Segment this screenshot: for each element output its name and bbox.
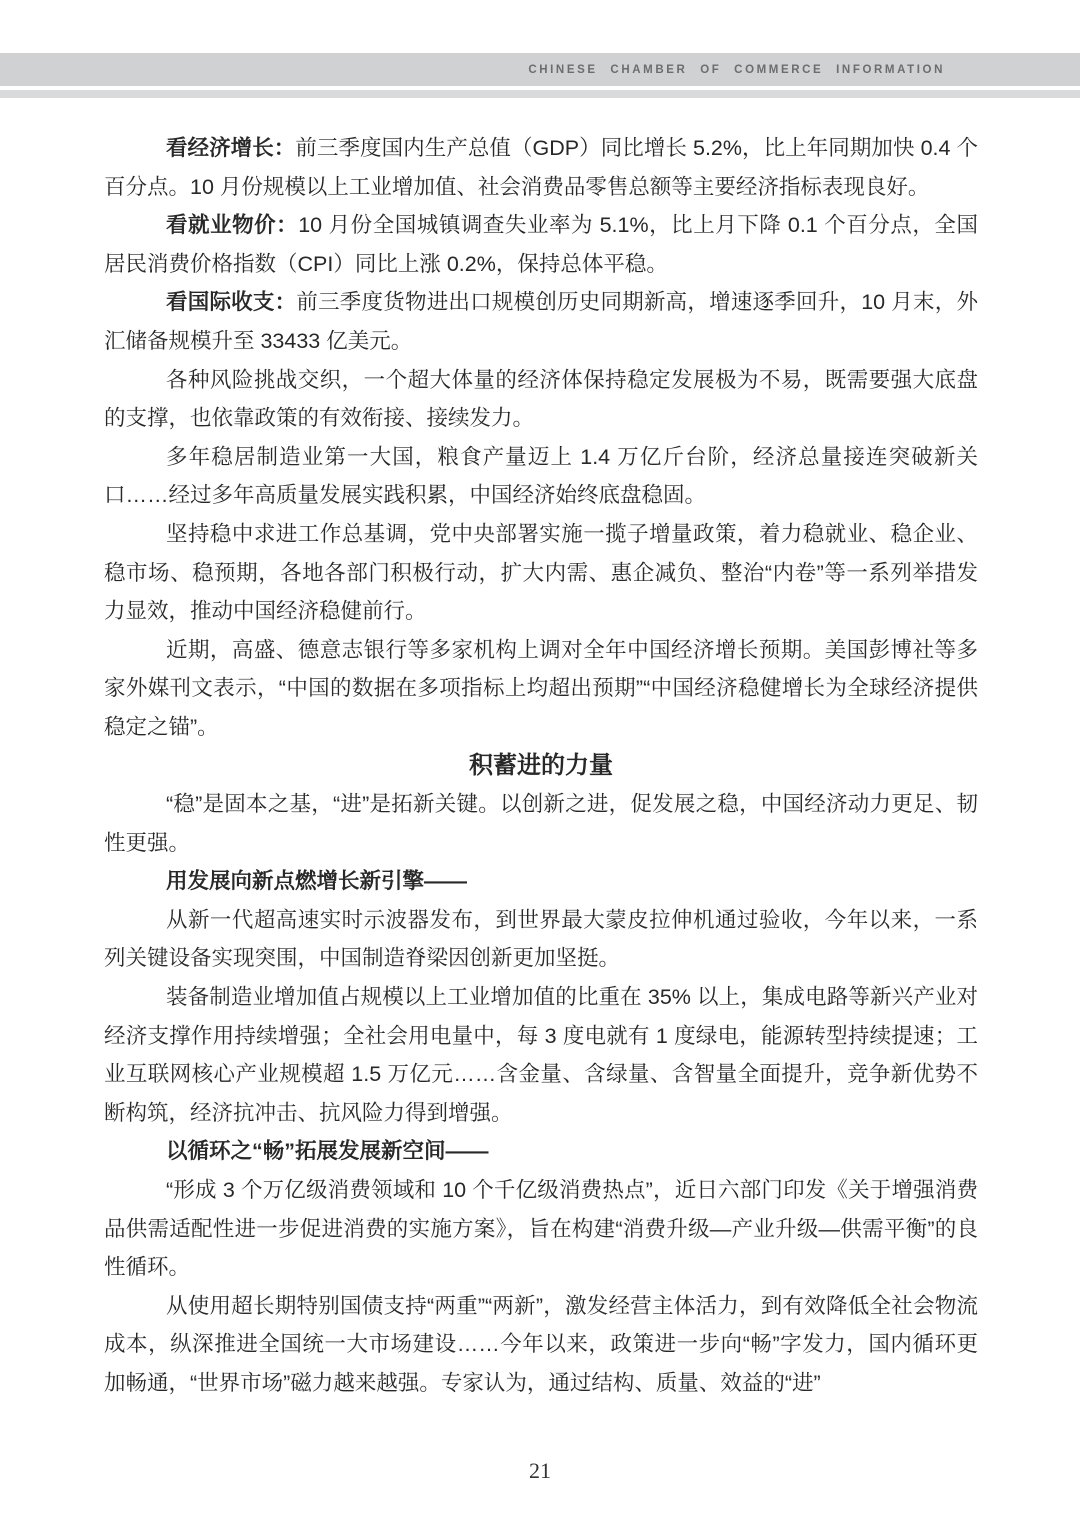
article-body: 看经济增长：前三季度国内生产总值（GDP）同比增长 5.2%，比上年同期加快 0… xyxy=(104,129,978,1403)
paragraph-key-equipment: 从新一代超高速实时示波器发布，到世界最大蒙皮拉伸机通过验收，今年以来，一系列关键… xyxy=(104,901,978,978)
header-banner-text: CHINESE CHAMBER OF COMMERCE INFORMATION xyxy=(528,64,945,76)
paragraph-employment-prices: 看就业物价：10 月份全国城镇调查失业率为 5.1%，比上月下降 0.1 个百分… xyxy=(104,206,978,283)
paragraph-industry-stats: 装备制造业增加值占规模以上工业增加值的比重在 35% 以上，集成电路等新兴产业对… xyxy=(104,978,978,1132)
paragraph-economic-growth: 看经济增长：前三季度国内生产总值（GDP）同比增长 5.2%，比上年同期加快 0… xyxy=(104,129,978,206)
paragraph-lead: 看就业物价： xyxy=(166,213,298,237)
paragraph-treasury-bonds: 从使用超长期特别国债支持“两重”“两新”，激发经营主体活力，到有效降低全社会物流… xyxy=(104,1287,978,1403)
document-page: CHINESE CHAMBER OF COMMERCE INFORMATION … xyxy=(0,0,1080,1525)
paragraph-manufacturing-base: 多年稳居制造业第一大国，粮食产量迈上 1.4 万亿斤台阶，经济总量接连突破新关口… xyxy=(104,438,978,515)
paragraph-balance-of-payments: 看国际收支：前三季度货物进出口规模创历史同期新高，增速逐季回升，10 月末，外汇… xyxy=(104,283,978,360)
paragraph-consumption-plan: “形成 3 个万亿级消费领域和 10 个千亿级消费热点”，近日六部门印发《关于增… xyxy=(104,1171,978,1287)
paragraph-policy-package: 坚持稳中求进工作总基调，党中央部署实施一揽子增量政策，着力稳就业、稳企业、稳市场… xyxy=(104,515,978,631)
subheading-new-engines: 用发展向新点燃增长新引擎—— xyxy=(104,862,978,901)
paragraph-lead: 看国际收支： xyxy=(166,290,296,314)
header-banner-divider xyxy=(0,90,1080,98)
paragraph-forecast-upgrades: 近期，高盛、德意志银行等多家机构上调对全年中国经济增长预期。美国彭博社等多家外媒… xyxy=(104,631,978,747)
subheading-circulation: 以循环之“畅”拓展发展新空间—— xyxy=(104,1132,978,1171)
paragraph-risks: 各种风险挑战交织，一个超大体量的经济体保持稳定发展极为不易，既需要强大底盘的支撑… xyxy=(104,361,978,438)
section-heading: 积蓄进的力量 xyxy=(104,747,978,786)
paragraph-stability-progress: “稳”是固本之基，“进”是拓新关键。以创新之进，促发展之稳，中国经济动力更足、韧… xyxy=(104,785,978,862)
header-banner: CHINESE CHAMBER OF COMMERCE INFORMATION xyxy=(0,53,1080,86)
paragraph-lead: 看经济增长： xyxy=(166,136,295,160)
page-number: 21 xyxy=(0,1458,1080,1484)
